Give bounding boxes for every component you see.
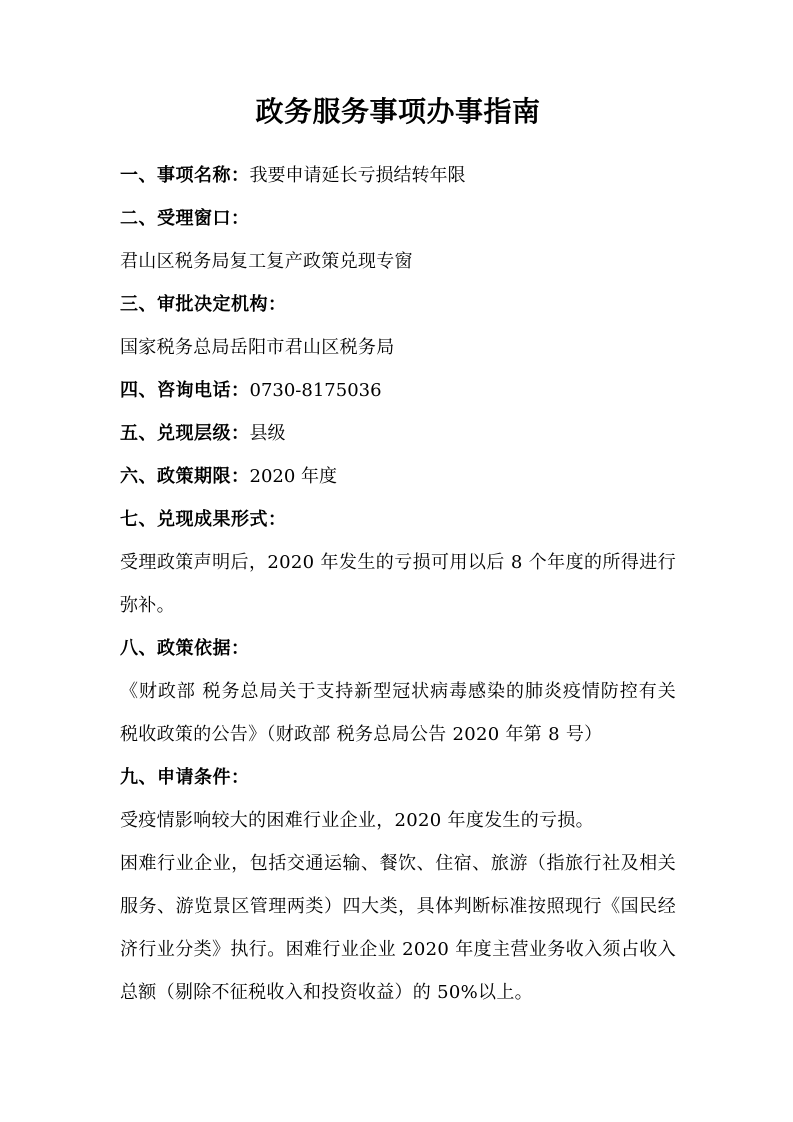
document-title: 政务服务事项办事指南 xyxy=(120,96,676,128)
section-label: 九、申请条件： xyxy=(120,767,250,788)
paragraph-line: 受理政策声明后，2020 年发生的亏损可用以后 8 个年度的所得进行 xyxy=(120,541,676,584)
section-value: 县级 xyxy=(250,423,286,444)
section-label: 七、兑现成果形式： xyxy=(120,509,287,530)
section-label: 三、审批决定机构： xyxy=(120,294,287,315)
section-label: 六、政策期限： xyxy=(120,466,250,487)
section-value: 我要申请延长亏损结转年限 xyxy=(250,165,466,186)
section-heading: 八、政策依据： xyxy=(120,627,676,670)
section-application-conditions: 九、申请条件： 受疫情影响较大的困难行业企业，2020 年度发生的亏损。 困难行… xyxy=(120,756,676,1014)
paragraph-line: 受疫情影响较大的困难行业企业，2020 年度发生的亏损。 xyxy=(120,799,676,842)
paragraph-line: 济行业分类》执行。困难行业企业 2020 年度主营业务收入须占收入 xyxy=(120,928,676,971)
paragraph-line: 税收政策的公告》（财政部 税务总局公告 2020 年第 8 号） xyxy=(120,713,676,756)
paragraph-line: 总额（剔除不征税收入和投资收益）的 50%以上。 xyxy=(120,971,676,1014)
paragraph-line: 《财政部 税务总局关于支持新型冠状病毒感染的肺炎疫情防控有关 xyxy=(120,670,676,713)
section-approval-authority: 三、审批决定机构： 国家税务总局岳阳市君山区税务局 xyxy=(120,283,676,369)
section-heading: 三、审批决定机构： xyxy=(120,283,676,326)
section-heading: 九、申请条件： xyxy=(120,756,676,799)
document: 政务服务事项办事指南 一、事项名称：我要申请延长亏损结转年限 二、受理窗口： 君… xyxy=(120,0,676,1014)
paragraph-line: 君山区税务局复工复产政策兑现专窗 xyxy=(120,240,676,283)
paragraph-line: 国家税务总局岳阳市君山区税务局 xyxy=(120,326,676,369)
section-item-name: 一、事项名称：我要申请延长亏损结转年限 xyxy=(120,154,676,197)
paragraph-line: 弥补。 xyxy=(120,584,676,627)
document-page: 政务服务事项办事指南 一、事项名称：我要申请延长亏损结转年限 二、受理窗口： 君… xyxy=(0,0,793,1122)
section-heading: 二、受理窗口： xyxy=(120,197,676,240)
section-policy-basis: 八、政策依据： 《财政部 税务总局关于支持新型冠状病毒感染的肺炎疫情防控有关 税… xyxy=(120,627,676,756)
section-value: 0730-8175036 xyxy=(250,380,382,401)
section-label: 二、受理窗口： xyxy=(120,208,250,229)
section-label: 四、咨询电话： xyxy=(120,380,250,401)
section-fulfillment-level: 五、兑现层级：县级 xyxy=(120,412,676,455)
section-label: 五、兑现层级： xyxy=(120,423,250,444)
section-value: 2020 年度 xyxy=(250,466,338,487)
section-acceptance-window: 二、受理窗口： 君山区税务局复工复产政策兑现专窗 xyxy=(120,197,676,283)
section-heading: 七、兑现成果形式： xyxy=(120,498,676,541)
section-label: 八、政策依据： xyxy=(120,638,250,659)
section-policy-period: 六、政策期限：2020 年度 xyxy=(120,455,676,498)
document-body: 一、事项名称：我要申请延长亏损结转年限 二、受理窗口： 君山区税务局复工复产政策… xyxy=(120,154,676,1014)
section-label: 一、事项名称： xyxy=(120,165,250,186)
paragraph-line: 困难行业企业，包括交通运输、餐饮、住宿、旅游（指旅行社及相关 xyxy=(120,842,676,885)
section-fulfillment-result: 七、兑现成果形式： 受理政策声明后，2020 年发生的亏损可用以后 8 个年度的… xyxy=(120,498,676,627)
section-consult-phone: 四、咨询电话：0730-8175036 xyxy=(120,369,676,412)
paragraph-line: 服务、游览景区管理两类）四大类，具体判断标准按照现行《国民经 xyxy=(120,885,676,928)
